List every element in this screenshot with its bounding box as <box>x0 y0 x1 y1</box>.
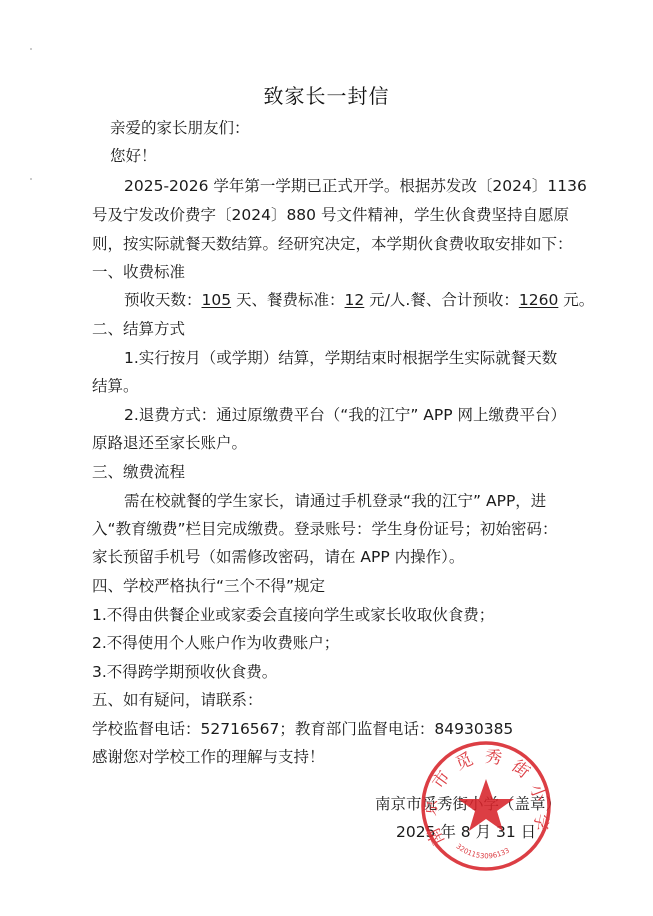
letter-page: 致家长一封信 亲爱的家长朋友们： 您好！ 2025-2026 学年第一学期已正式… <box>0 0 653 916</box>
intro-line-3: 则，按实际就餐天数结算。经研究决定，本学期伙食费收取安排如下： <box>92 234 573 254</box>
closing-thanks: 感谢您对学校工作的理解与支持！ <box>92 747 325 767</box>
salutation: 亲爱的家长朋友们： <box>110 118 250 138</box>
intro-line-1: 2025-2026 学年第一学期已正式开学。根据苏发改〔2024〕1136 <box>124 176 587 196</box>
rule-item-2: 2.不得使用个人账户作为收费账户； <box>92 633 339 653</box>
fee-standard-line: 预收天数：105 天、餐费标准：12 元/人.餐、合计预收：1260 元。 <box>124 290 594 310</box>
settlement-item-1-cont: 结算。 <box>92 376 139 396</box>
total-unit: 元。 <box>558 291 594 309</box>
days-unit: 天、餐费标准： <box>231 291 344 309</box>
rule-item-3: 3.不得跨学期预收伙食费。 <box>92 662 277 682</box>
payment-line-2: 入“教育缴费”栏目完成缴费。登录账号：学生身份证号；初始密码： <box>92 519 558 539</box>
section-4-heading: 四、学校严格执行“三个不得”规定 <box>92 576 325 596</box>
total-value: 1260 <box>519 291 558 309</box>
greeting: 您好！ <box>110 146 157 166</box>
section-3-heading: 三、缴费流程 <box>92 462 185 482</box>
price-unit: 元/人.餐、合计预收： <box>364 291 519 309</box>
scan-speck <box>30 178 32 180</box>
scan-speck <box>30 48 32 50</box>
settlement-item-2: 2.退费方式：通过原缴费平台（“我的江宁” APP 网上缴费平台） <box>124 405 566 425</box>
settlement-item-2-cont: 原路退还至家长账户。 <box>92 433 247 453</box>
rule-item-1: 1.不得由供餐企业或家委会直接向学生或家长收取伙食费； <box>92 605 494 625</box>
payment-line-1: 需在校就餐的学生家长，请通过手机登录“我的江宁” APP，进 <box>124 491 546 511</box>
price-value: 12 <box>345 291 365 309</box>
payment-line-3: 家长预留手机号（如需修改密码，请在 APP 内操作）。 <box>92 547 464 567</box>
settlement-item-1: 1.实行按月（或学期）结算，学期结束时根据学生实际就餐天数 <box>124 348 557 368</box>
section-5-heading: 五、如有疑问，请联系： <box>92 690 263 710</box>
days-value: 105 <box>202 291 232 309</box>
days-label: 预收天数： <box>124 291 202 309</box>
intro-line-2: 号及宁发改价费字〔2024〕880 号文件精神，学生伙食费坚持自愿原 <box>92 205 569 225</box>
letter-title: 致家长一封信 <box>0 80 653 109</box>
contact-phones: 学校监督电话：52716567；教育部门监督电话：84930385 <box>92 719 513 739</box>
seal-number: 3201153096133 <box>454 842 511 860</box>
official-seal-icon: 南京市觅秀街小学 3201153096133 <box>418 737 554 875</box>
section-2-heading: 二、结算方式 <box>92 319 185 339</box>
section-1-heading: 一、收费标准 <box>92 262 185 282</box>
